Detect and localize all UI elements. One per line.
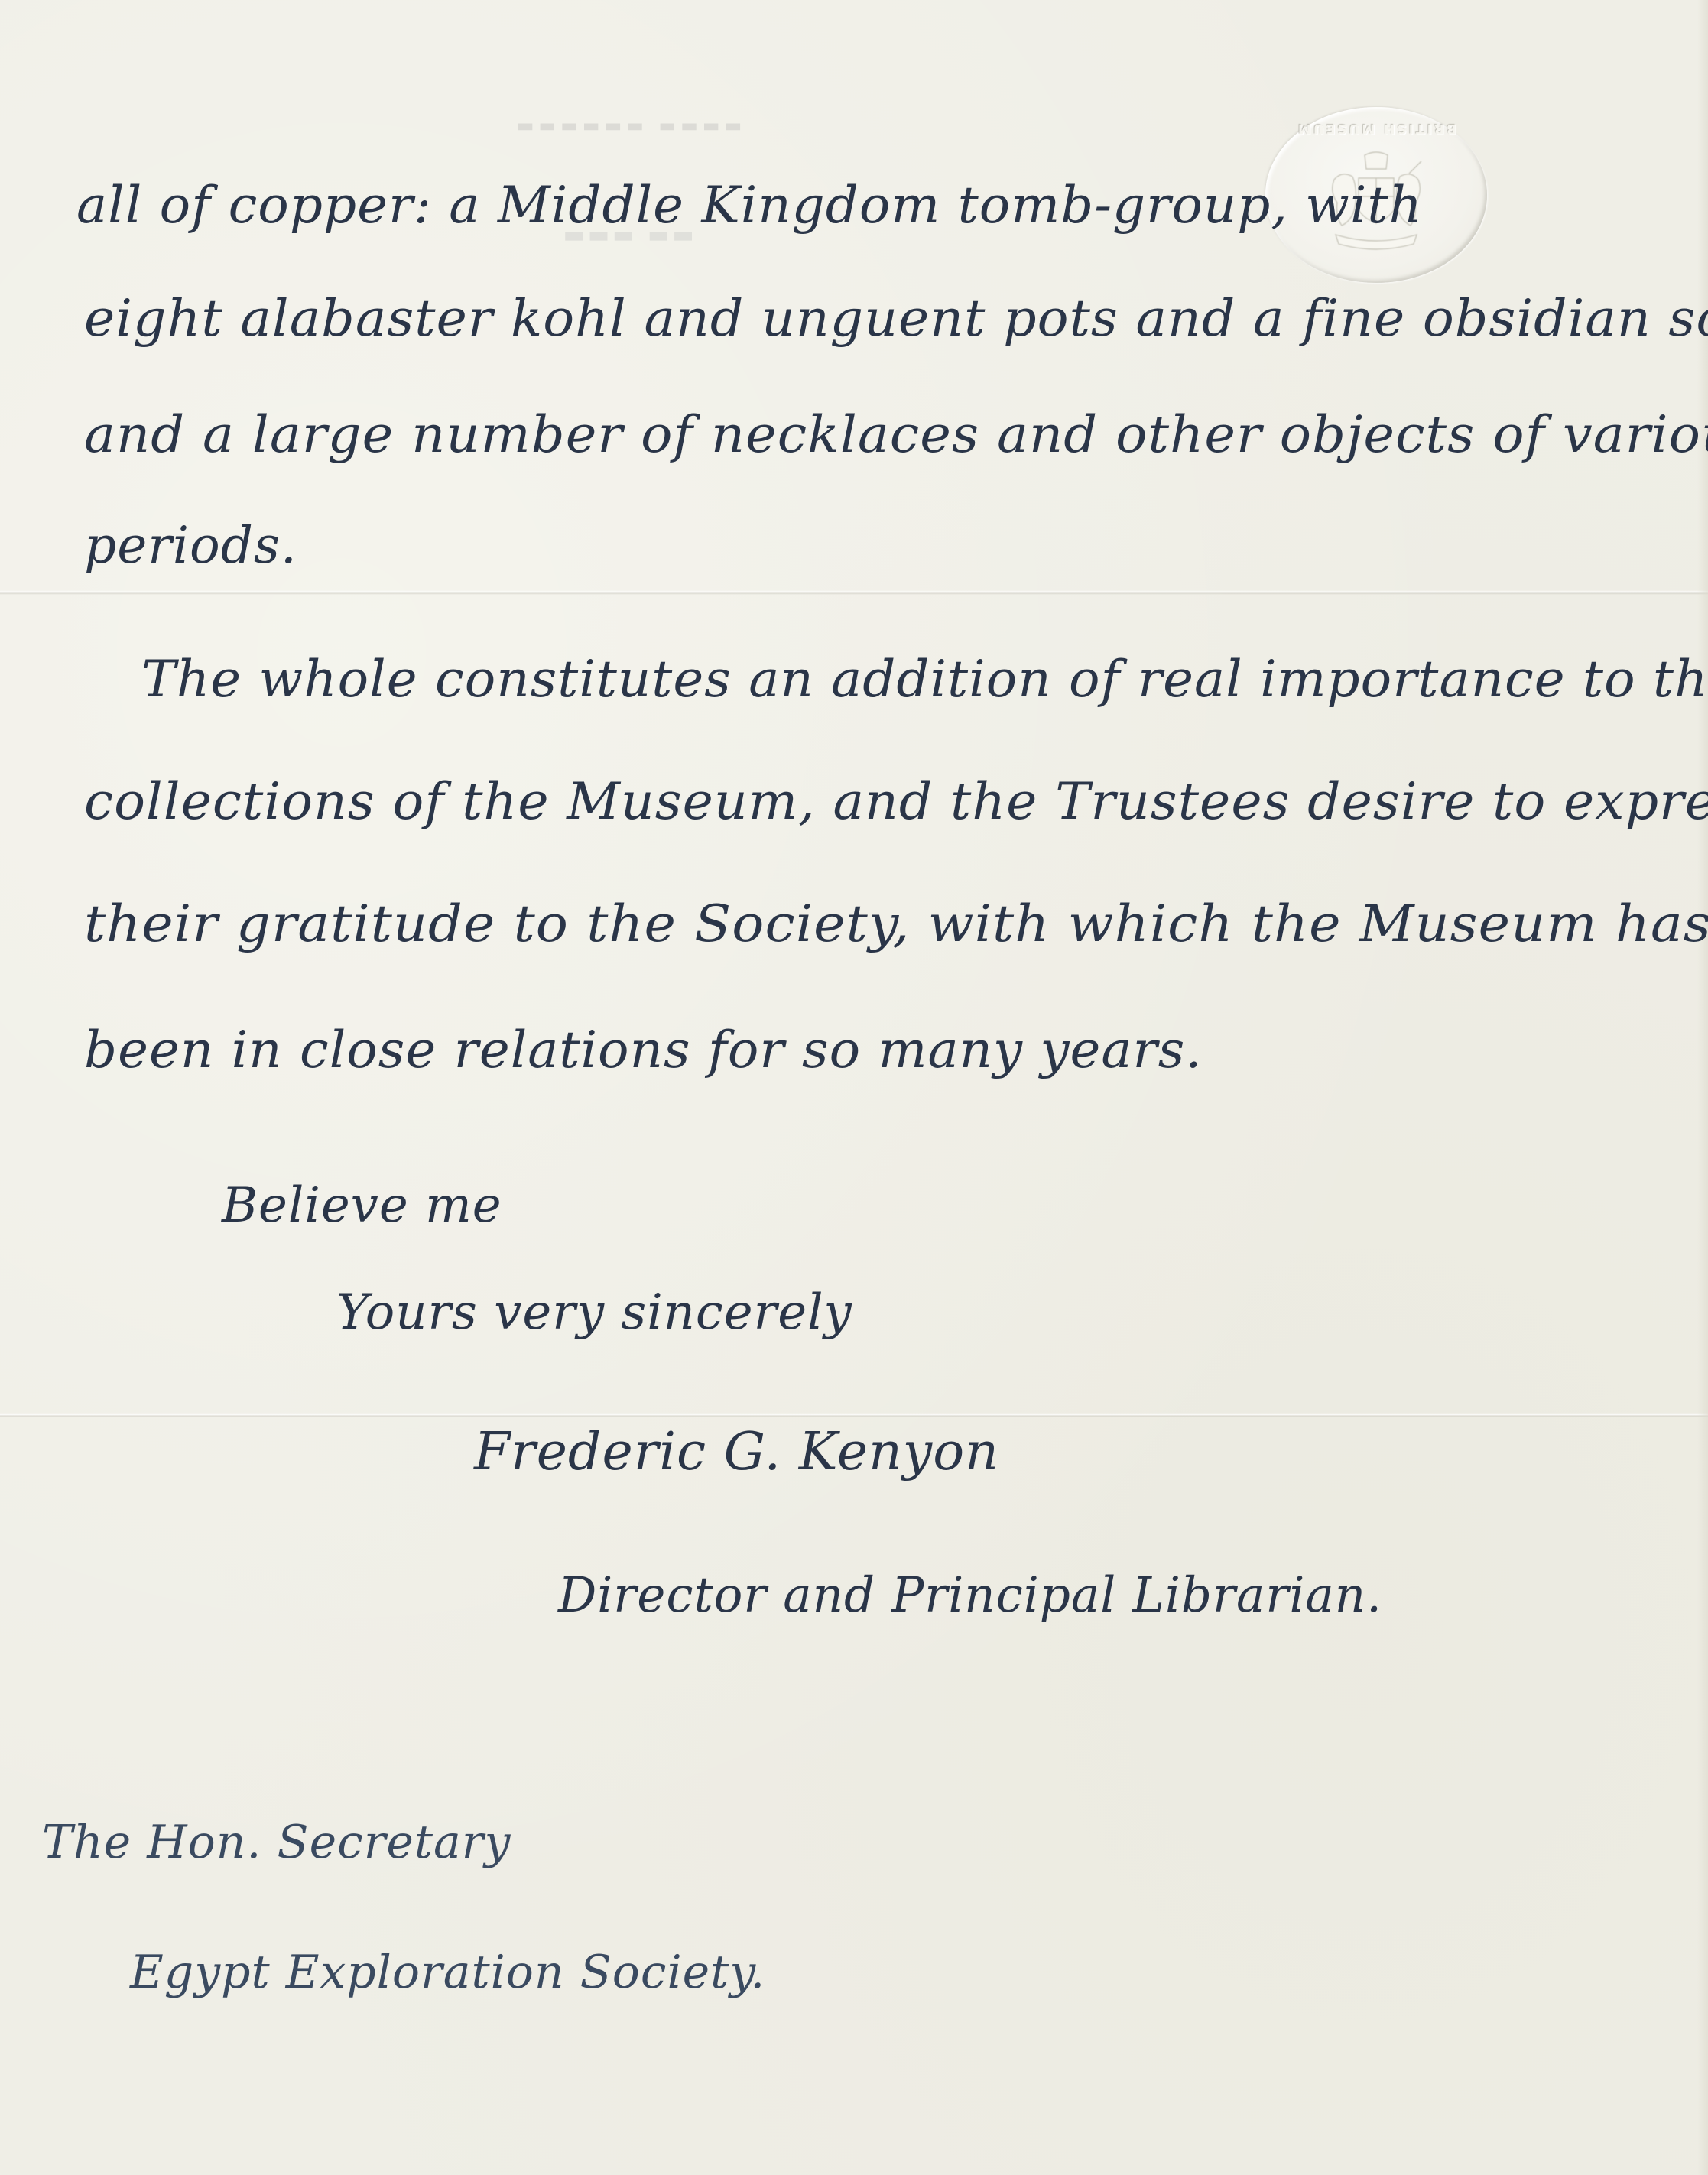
valediction-yours-sincerely: Yours very sincerely	[336, 1284, 852, 1341]
body-line-2: eight alabaster kohl and unguent pots an…	[84, 289, 1708, 348]
valediction-believe-me: Believe me	[222, 1177, 502, 1234]
seal-ring-text: BRITISH MUSEUM	[1265, 121, 1487, 136]
signatory-title: Director and Principal Librarian.	[558, 1567, 1382, 1624]
letterhead-bleed-through: ▬▬▬▬ ▬▬▬▬▬▬	[451, 115, 803, 138]
body-line-4: periods.	[84, 516, 297, 575]
addressee-line-1: The Hon. Secretary	[42, 1816, 511, 1869]
body-line-7: their gratitude to the Society, with whi…	[84, 894, 1708, 953]
fold-crease-lower	[0, 1413, 1708, 1417]
body-line-1: all of copper: a Middle Kingdom tomb-gro…	[76, 176, 1423, 235]
body-line-6: collections of the Museum, and the Trust…	[84, 772, 1708, 831]
addressee-line-2: Egypt Exploration Society.	[130, 1946, 765, 1999]
body-line-5: The whole constitutes an addition of rea…	[141, 650, 1708, 709]
letter-page: ▬▬▬▬ ▬▬▬▬▬▬ ▬▬ ▬▬▬ BRITISH MUSEUM	[0, 0, 1708, 2175]
fold-crease-upper	[0, 590, 1708, 595]
body-line-8: been in close relations for so many year…	[84, 1021, 1203, 1079]
body-line-3: and a large number of necklaces and othe…	[84, 405, 1708, 464]
signature: Frederic G. Kenyon	[474, 1422, 999, 1482]
